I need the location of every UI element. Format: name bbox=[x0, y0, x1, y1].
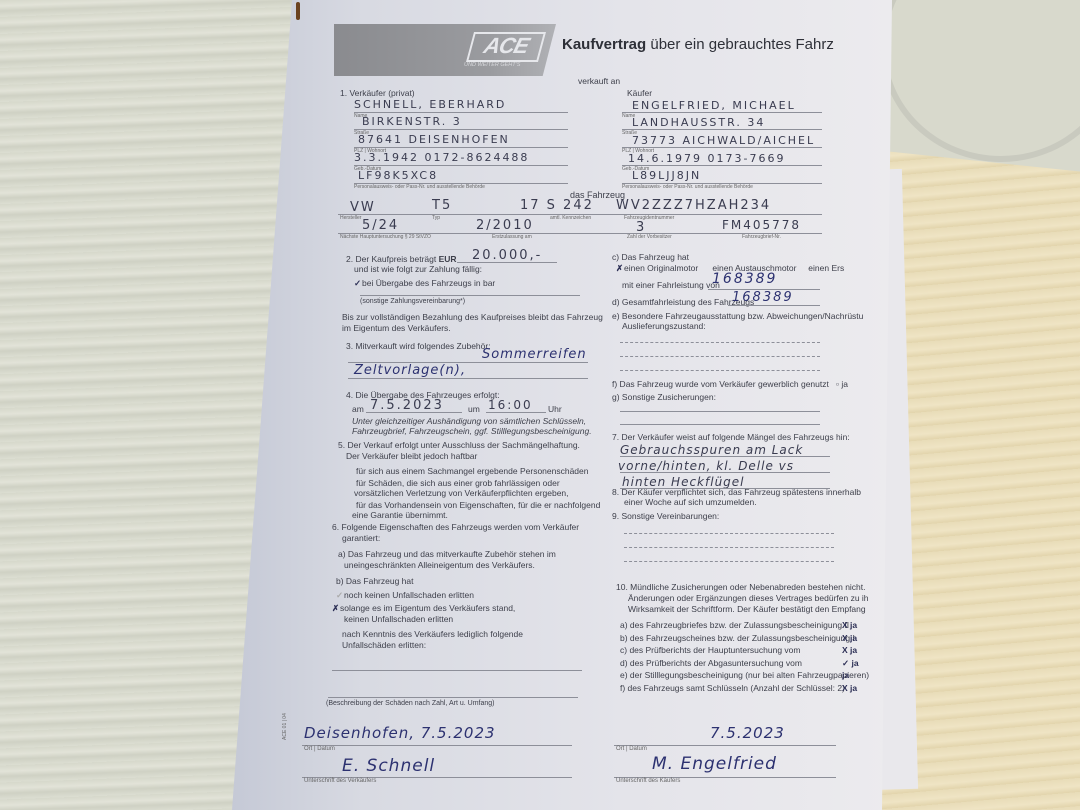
buyer-id: L89LJJ8JN bbox=[632, 169, 701, 182]
vehicle-plate: 17 S 242 bbox=[520, 198, 594, 213]
accessory-1: Sommerreifen bbox=[482, 347, 587, 362]
purchase-price: 20.000,- bbox=[472, 248, 542, 263]
commercial-use: f) Das Fahrzeug wurde vom Verkäufer gewe… bbox=[612, 379, 848, 389]
defect-line-2: vorne/hinten, kl. Delle vs bbox=[618, 459, 794, 473]
receipt-item: f) des Fahrzeugs samt Schlüsseln (Anzahl… bbox=[620, 683, 845, 693]
contract-document: ACE UND WEITER GEHT'S Kaufvertrag über e… bbox=[232, 0, 892, 810]
buyer-heading: Käufer bbox=[627, 88, 652, 98]
option-no-accident-ownership: ✗solange es im Eigentum des Verkäufers s… bbox=[332, 603, 515, 614]
receipt-item-checkbox: X ja bbox=[842, 645, 857, 655]
defect-line-1: Gebrauchsspuren am Lack bbox=[620, 443, 803, 457]
staple-mark bbox=[296, 2, 300, 20]
receipt-item: b) des Fahrzeugscheines bzw. der Zulassu… bbox=[620, 633, 855, 643]
receipt-item-label: e) der Stilllegungsbescheinigung (nur be… bbox=[620, 670, 869, 680]
receipt-item-checkbox: ✓ ja bbox=[842, 658, 859, 669]
receipt-item-checkbox: X ja bbox=[842, 683, 857, 693]
ace-logo: ACE bbox=[466, 32, 546, 62]
checkbox-original-engine: ✗ bbox=[616, 263, 624, 274]
buyer-birth-phone: 14.6.1979 0173-7669 bbox=[628, 152, 785, 165]
handover-time: 16:00 bbox=[488, 398, 533, 412]
buyer-signature: M. Engelfried bbox=[652, 754, 777, 774]
handover-row: am bbox=[352, 404, 364, 414]
buyer-place-date: 7.5.2023 bbox=[710, 724, 785, 742]
verkauft-an: verkauft an bbox=[578, 76, 620, 86]
logo-banner: ACE UND WEITER GEHT'S bbox=[334, 24, 556, 76]
logo-tagline: UND WEITER GEHT'S bbox=[464, 62, 520, 68]
seller-heading: 1. Verkäufer (privat) bbox=[340, 88, 415, 98]
handover-date: 7.5.2023 bbox=[370, 398, 444, 413]
vehicle-type: T5 bbox=[432, 198, 452, 213]
receipt-item-label: d) des Prüfberichts der Abgasuntersuchun… bbox=[620, 658, 802, 668]
option-no-accident: ✓noch keinen Unfallschaden erlitten bbox=[336, 590, 474, 601]
receipt-item-label: b) des Fahrzeugscheines bzw. der Zulassu… bbox=[620, 633, 855, 643]
seller-name: SCHNELL, EBERHARD bbox=[354, 98, 506, 111]
section-2-price: 2. Der Kaufpreis beträgt EUR bbox=[346, 254, 457, 264]
vehicle-vin: WV2ZZZ7HZAH234 bbox=[616, 198, 771, 213]
receipt-item-checkbox: ja bbox=[842, 670, 849, 680]
receipt-item-checkbox: X ja bbox=[842, 620, 857, 630]
receipt-item-label: c) des Prüfberichts der Hauptuntersuchun… bbox=[620, 645, 800, 655]
document-title: Kaufvertrag über ein gebrauchtes Fahrz bbox=[562, 36, 834, 53]
receipt-item-label: a) des Fahrzeugbriefes bzw. der Zulassun… bbox=[620, 620, 849, 630]
seller-place-date: Deisenhofen, 7.5.2023 bbox=[304, 724, 496, 742]
total-mileage: 168389 bbox=[732, 290, 794, 305]
first-registration: 2/2010 bbox=[476, 218, 534, 233]
buyer-city: 73773 AICHWALD/AICHEL bbox=[632, 134, 815, 147]
next-inspection: 5/24 bbox=[362, 218, 399, 233]
receipt-item: c) des Prüfberichts der Hauptuntersuchun… bbox=[620, 645, 800, 655]
accessory-2: Zeltvorlage(n), bbox=[354, 363, 466, 378]
vehicle-manufacturer: VW bbox=[350, 200, 376, 215]
receipt-item: e) der Stilllegungsbescheinigung (nur be… bbox=[620, 670, 869, 680]
checkbox-cash: ✓ bbox=[354, 278, 362, 289]
seller-id: LF98K5XC8 bbox=[358, 169, 438, 182]
checkbox-no-accident: ✓ bbox=[336, 590, 344, 601]
form-code: ACE 01 | 04 bbox=[282, 713, 288, 740]
receipt-item-label: f) des Fahrzeugs samt Schlüsseln (Anzahl… bbox=[620, 683, 845, 693]
receipt-item: a) des Fahrzeugbriefes bzw. der Zulassun… bbox=[620, 620, 849, 630]
receipt-item: d) des Prüfberichts der Abgasuntersuchun… bbox=[620, 658, 802, 668]
seller-city: 87641 DEISENHOFEN bbox=[358, 133, 510, 146]
buyer-street: LANDHAUSSTR. 34 bbox=[632, 116, 765, 129]
seller-signature: E. Schnell bbox=[342, 756, 435, 776]
seller-birth-phone: 3.3.1942 0172-8624488 bbox=[354, 151, 529, 164]
checkbox-ownership-x: ✗ bbox=[332, 603, 340, 614]
engine-mileage: 168389 bbox=[712, 271, 777, 287]
buyer-name: ENGELFRIED, MICHAEL bbox=[632, 99, 796, 112]
brief-number: FM405778 bbox=[722, 218, 801, 232]
payment-cash-option: ✓bei Übergabe des Fahrzeugs in bar bbox=[354, 278, 495, 289]
seller-street: BIRKENSTR. 3 bbox=[362, 115, 462, 128]
receipt-item-checkbox: X ja bbox=[842, 633, 857, 643]
